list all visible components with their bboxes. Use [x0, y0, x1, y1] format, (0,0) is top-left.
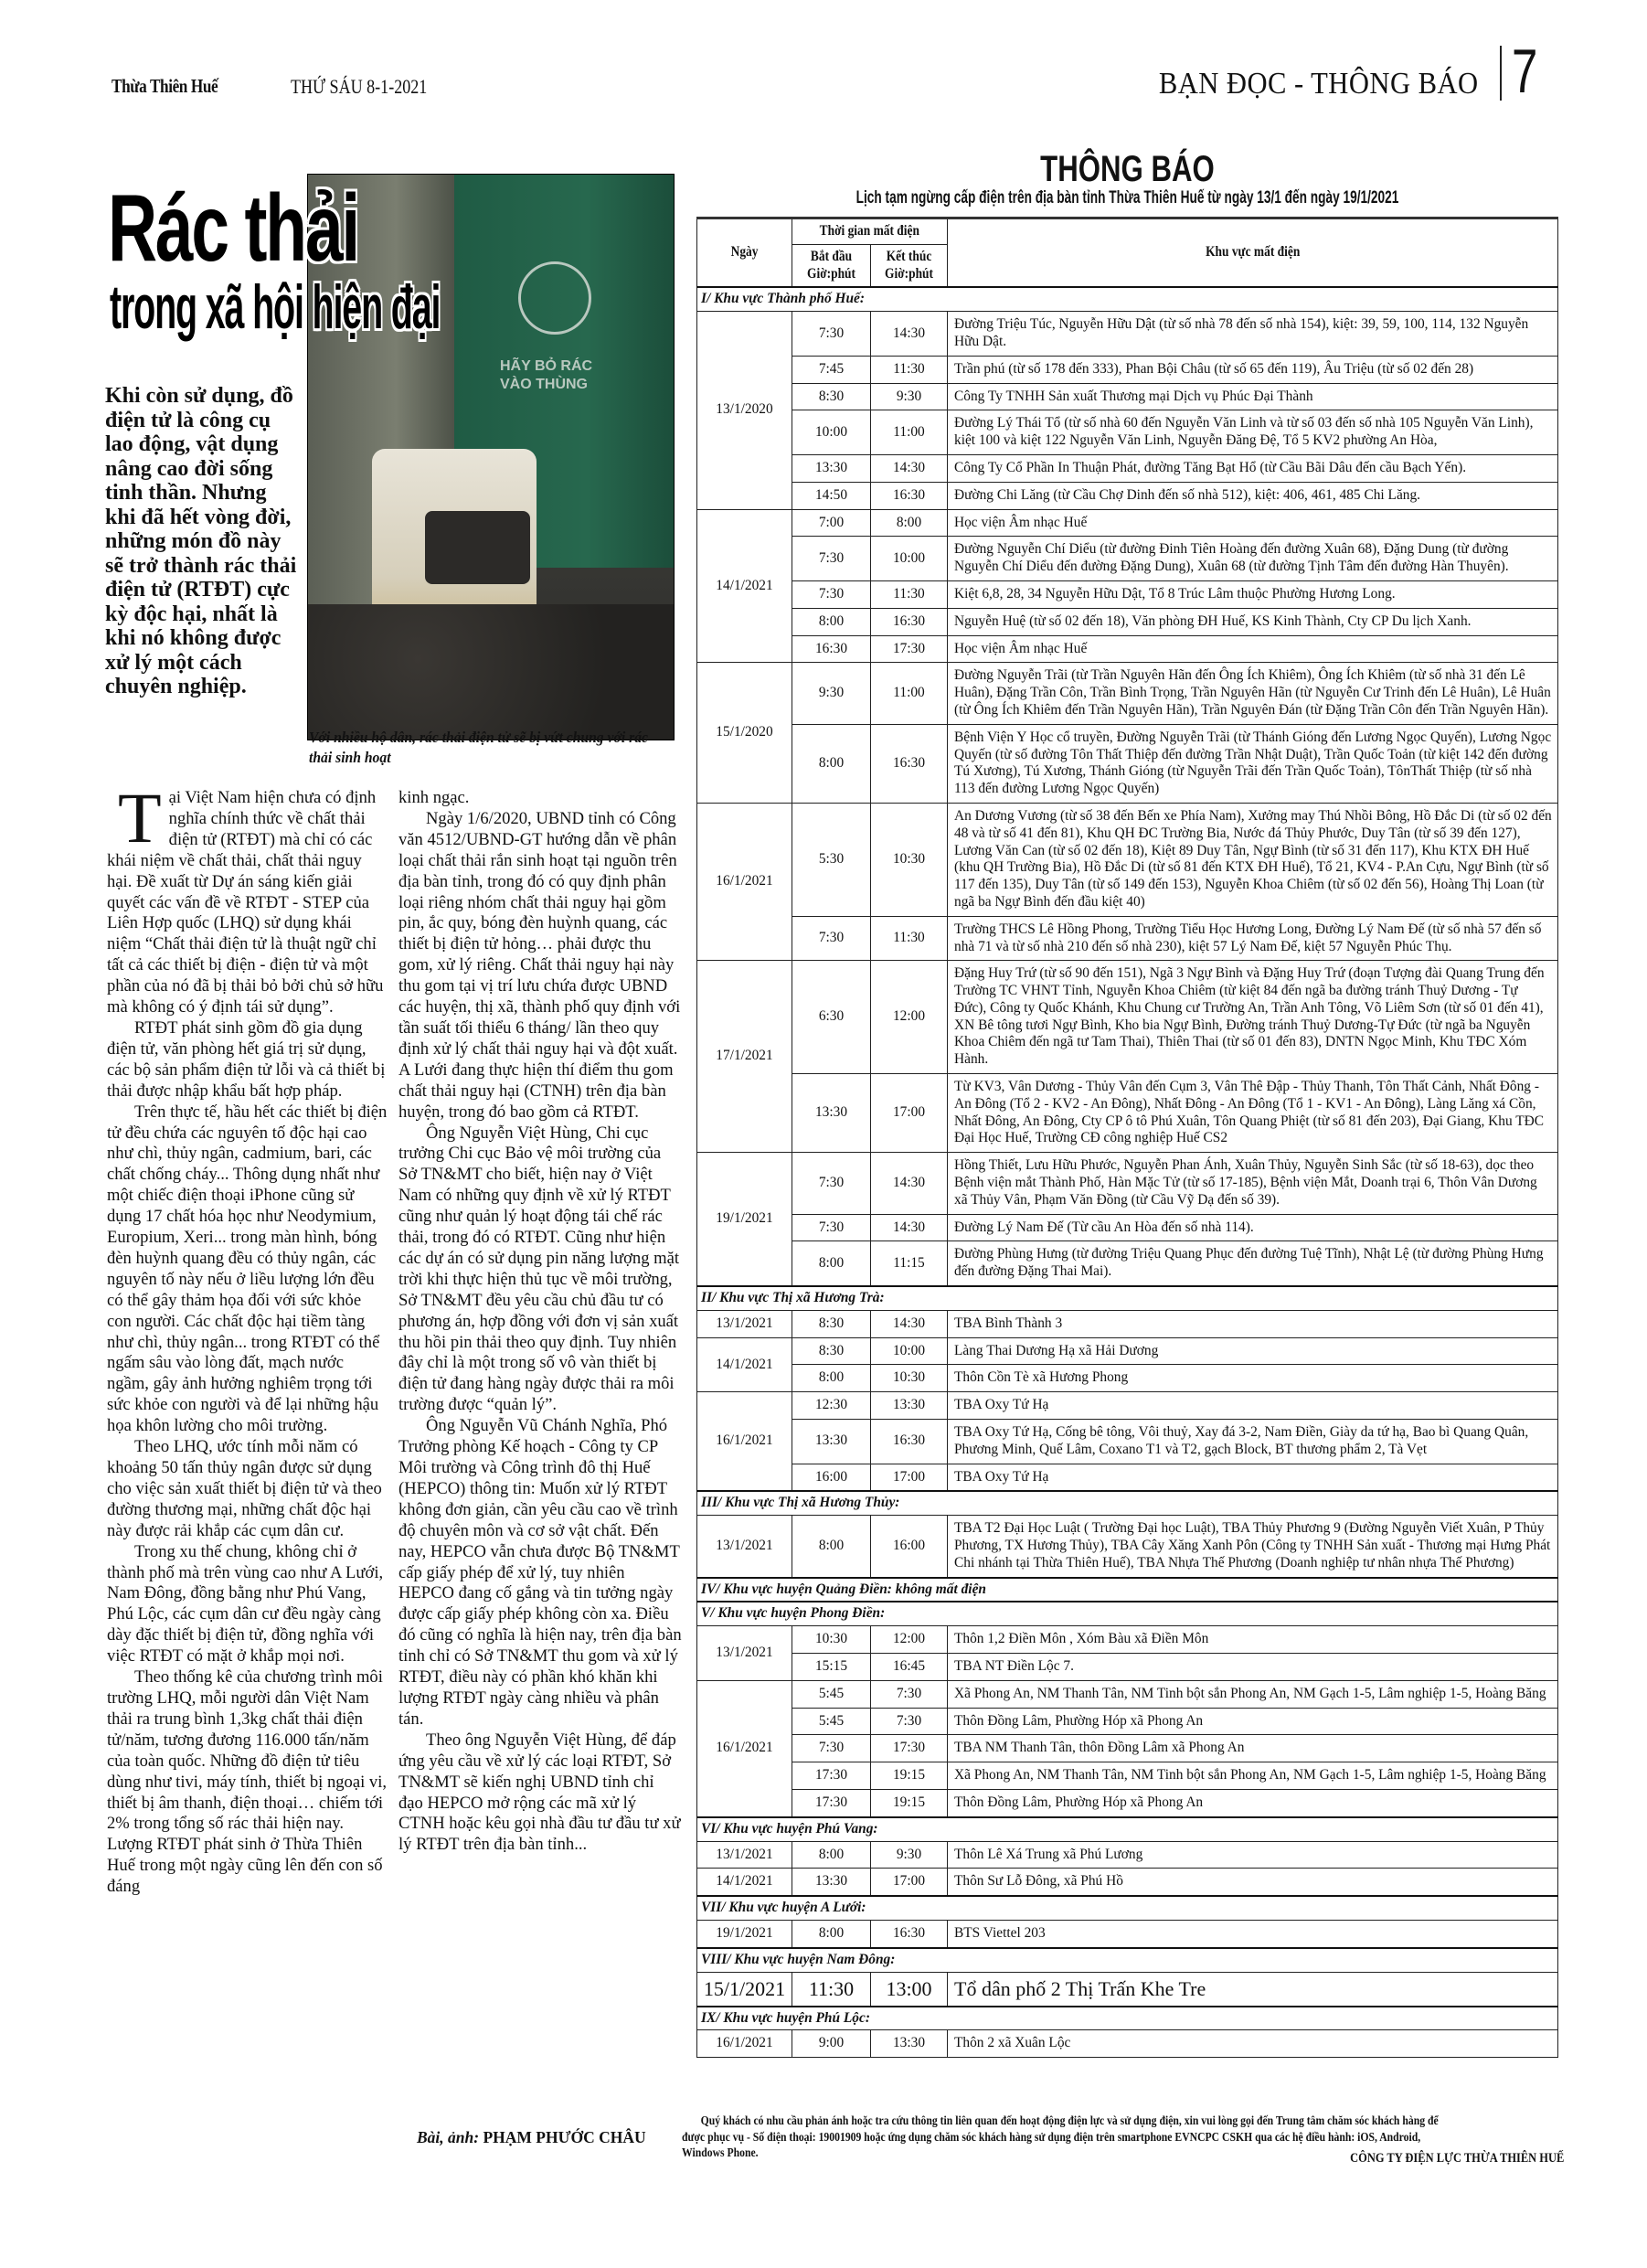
- paragraph: Theo ông Nguyễn Việt Hùng, để đáp ứng yê…: [398, 1730, 682, 1856]
- table-row: 7:3011:30Kiệt 6,8, 28, 34 Nguyễn Hữu Dật…: [697, 580, 1558, 608]
- table-row: 7:3011:30Trường THCS Lê Hồng Phong, Trườ…: [697, 916, 1558, 961]
- table-row: 7:3017:30TBA NM Thanh Tân, thôn Đồng Lâm…: [697, 1735, 1558, 1762]
- end-time-cell: 14:30: [871, 1153, 948, 1214]
- start-time-cell: 15:15: [792, 1654, 871, 1681]
- start-time-cell: 10:30: [792, 1626, 871, 1654]
- paragraph: Ông Nguyễn Việt Hùng, Chi cục trưởng Chi…: [398, 1123, 682, 1417]
- end-time-cell: 16:30: [871, 1420, 948, 1464]
- date-cell: 14/1/2021: [697, 1337, 792, 1392]
- end-time-cell: 17:00: [871, 1869, 948, 1896]
- outage-table-body: I/ Khu vực Thành phố Huế:13/1/20207:3014…: [697, 287, 1558, 2057]
- paragraph: Theo thống kê của chương trình môi trườn…: [107, 1667, 388, 1898]
- start-time-cell: 7:30: [792, 1214, 871, 1241]
- area-cell: Đường Triệu Túc, Nguyễn Hữu Dật (từ số n…: [948, 312, 1558, 357]
- end-time-cell: 10:30: [871, 1365, 948, 1392]
- start-time-cell: 8:00: [792, 1516, 871, 1578]
- table-row: 19/1/20218:0016:30BTS Viettel 203: [697, 1920, 1558, 1947]
- date-cell: 13/1/2021: [697, 1841, 792, 1869]
- paragraph: Tại Việt Nam hiện chưa có định nghĩa chí…: [107, 788, 388, 1018]
- paragraph: kinh ngạc.: [398, 788, 682, 809]
- end-time-cell: 17:30: [871, 1735, 948, 1762]
- section-title: IX/ Khu vực huyện Phú Lộc:: [697, 2007, 1558, 2030]
- subheadline: trong xã hội hiện đại: [110, 276, 440, 338]
- table-row: 13:3017:00Từ KV3, Vân Dương - Thủy Vân đ…: [697, 1074, 1558, 1153]
- area-cell: TBA T2 Đại Học Luật ( Trường Đại học Luậ…: [948, 1516, 1558, 1578]
- area-cell: Thôn Lê Xá Trung xã Phú Lương: [948, 1841, 1558, 1869]
- area-cell: Đường Nguyễn Trãi (từ Trần Nguyên Hãn đế…: [948, 663, 1558, 724]
- start-time-cell: 7:45: [792, 356, 871, 383]
- end-time-cell: 8:00: [871, 509, 948, 537]
- area-cell: Xã Phong An, NM Thanh Tân, NM Tinh bột s…: [948, 1762, 1558, 1790]
- area-cell: Thôn 1,2 Điền Môn , Xóm Bàu xã Điền Môn: [948, 1626, 1558, 1654]
- end-time-cell: 11:15: [871, 1241, 948, 1286]
- photo-ground: [308, 604, 675, 740]
- area-cell: TBA Oxy Tứ Hạ, Cống bê tông, Vôi thuỷ, X…: [948, 1420, 1558, 1464]
- area-cell: Kiệt 6,8, 28, 34 Nguyễn Hữu Dật, Tổ 8 Tr…: [948, 580, 1558, 608]
- article-column-2: kinh ngạc. Ngày 1/6/2020, UBND tỉnh có C…: [398, 788, 682, 1856]
- area-cell: Trần phú (từ số 178 đến 333), Phan Bội C…: [948, 356, 1558, 383]
- article-photo: HÃY BỎ RÁC VÀO THÙNG: [307, 174, 675, 740]
- start-time-cell: 13:30: [792, 1869, 871, 1896]
- table-row: 13:3014:30Công Ty Cổ Phần In Thuận Phát,…: [697, 454, 1558, 482]
- area-cell: Từ KV3, Vân Dương - Thủy Vân đến Cụm 3, …: [948, 1074, 1558, 1153]
- table-row: 14/1/20218:3010:00Làng Thai Dương Hạ xã …: [697, 1337, 1558, 1365]
- photo-bin-text: HÃY BỎ RÁC VÀO THÙNG: [500, 357, 600, 394]
- article-lead: Khi còn sử dụng, đồ điện tử là công cụ l…: [105, 384, 301, 699]
- start-time-cell: 8:30: [792, 383, 871, 410]
- start-time-cell: 8:00: [792, 608, 871, 635]
- date-cell: 19/1/2021: [697, 1153, 792, 1286]
- date-cell: 13/1/2021: [697, 1310, 792, 1337]
- area-cell: TBA Bình Thành 3: [948, 1310, 1558, 1337]
- date-cell: 17/1/2021: [697, 961, 792, 1153]
- table-row: 7:4511:30Trần phú (từ số 178 đến 333), P…: [697, 356, 1558, 383]
- table-row: 7:3010:00Đường Nguyễn Chí Diểu (từ đường…: [697, 537, 1558, 581]
- column-header-start: Bắt đầu Giờ:phút: [792, 244, 871, 287]
- table-row: 8:0011:15Đường Phùng Hưng (từ đường Triệ…: [697, 1241, 1558, 1286]
- end-time-cell: 9:30: [871, 383, 948, 410]
- end-time-cell: 13:30: [871, 1392, 948, 1420]
- notice-footnote: Quý khách có nhu cầu phản ánh hoặc tra c…: [682, 2113, 1444, 2161]
- start-time-cell: 7:30: [792, 916, 871, 961]
- section-title: BẠN ĐỌC - THÔNG BÁO: [1159, 67, 1479, 101]
- table-row: 17:3019:15Thôn Đồng Lâm, Phường Hóp xã P…: [697, 1789, 1558, 1816]
- section-title: V/ Khu vực huyện Phong Điền:: [697, 1602, 1558, 1625]
- start-time-cell: 7:30: [792, 1735, 871, 1762]
- start-time-cell: 8:00: [792, 1365, 871, 1392]
- table-row: 16:0017:00TBA Oxy Tứ Hạ: [697, 1464, 1558, 1491]
- end-time-cell: 16:30: [871, 608, 948, 635]
- photo-burnt-socket: [425, 511, 530, 584]
- table-row: 15/1/202111:3013:00Tổ dân phố 2 Thị Trấn…: [697, 1972, 1558, 2007]
- area-cell: An Dương Vương (từ số 38 đến Bến xe Phía…: [948, 803, 1558, 916]
- notice-company: CÔNG TY ĐIỆN LỰC THỪA THIÊN HUẾ: [1350, 2151, 1564, 2167]
- start-time-cell: 13:30: [792, 454, 871, 482]
- table-row: 15/1/20209:3011:00Đường Nguyễn Trãi (từ …: [697, 663, 1558, 724]
- area-cell: Xã Phong An, NM Thanh Tân, NM Tinh bột s…: [948, 1680, 1558, 1708]
- date-cell: 13/1/2021: [697, 1516, 792, 1578]
- end-time-cell: 16:00: [871, 1516, 948, 1578]
- end-time-cell: 11:30: [871, 916, 948, 961]
- column-header-time: Thời gian mất điện: [792, 218, 948, 245]
- end-time-cell: 14:30: [871, 454, 948, 482]
- start-time-cell: 5:45: [792, 1680, 871, 1708]
- drop-cap: T: [118, 790, 162, 847]
- end-time-cell: 11:30: [871, 580, 948, 608]
- start-time-cell: 7:30: [792, 312, 871, 357]
- section-title: VIII/ Khu vực huyện Nam Đông:: [697, 1948, 1558, 1972]
- area-cell: Thôn Sư Lỗ Đông, xã Phú Hồ: [948, 1869, 1558, 1896]
- start-time-cell: 7:00: [792, 509, 871, 537]
- end-time-cell: 16:30: [871, 1920, 948, 1947]
- table-row: 13:3016:30TBA Oxy Tứ Hạ, Cống bê tông, V…: [697, 1420, 1558, 1464]
- table-row: 7:3014:30Đường Lý Nam Đế (Từ cầu An Hòa …: [697, 1214, 1558, 1241]
- header-divider: [1500, 46, 1502, 101]
- area-cell: Bệnh Viện Y Học cổ truyền, Đường Nguyễn …: [948, 724, 1558, 803]
- byline: Bài, ảnh: PHẠM PHƯỚC CHÂU: [417, 2128, 646, 2147]
- paragraph: Ông Nguyễn Vũ Chánh Nghĩa, Phó Trưởng ph…: [398, 1416, 682, 1730]
- table-row: 8:0016:30Bệnh Viện Y Học cổ truyền, Đườn…: [697, 724, 1558, 803]
- area-cell: TBA NM Thanh Tân, thôn Đồng Lâm xã Phong…: [948, 1735, 1558, 1762]
- end-time-cell: 11:30: [871, 356, 948, 383]
- end-time-cell: 16:30: [871, 724, 948, 803]
- table-row: 16/1/20215:457:30Xã Phong An, NM Thanh T…: [697, 1680, 1558, 1708]
- paragraph: Trên thực tế, hầu hết các thiết bị điện …: [107, 1102, 388, 1438]
- date-cell: 16/1/2021: [697, 2030, 792, 2058]
- date-cell: 16/1/2021: [697, 1392, 792, 1492]
- end-time-cell: 7:30: [871, 1680, 948, 1708]
- area-cell: TBA Oxy Tứ Hạ: [948, 1464, 1558, 1491]
- table-row: 14/1/202113:3017:00Thôn Sư Lỗ Đông, xã P…: [697, 1869, 1558, 1896]
- start-time-cell: 17:30: [792, 1762, 871, 1790]
- end-time-cell: 19:15: [871, 1762, 948, 1790]
- date-cell: 14/1/2021: [697, 1869, 792, 1896]
- area-cell: Đường Chi Lăng (từ Cầu Chợ Dinh đến số n…: [948, 482, 1558, 509]
- outage-schedule-table: Ngày Thời gian mất điện Khu vực mất điện…: [696, 217, 1558, 2058]
- byline-label: Bài, ảnh:: [417, 2128, 479, 2146]
- table-row: 8:0010:30Thôn Cồn Tè xã Hương Phong: [697, 1365, 1558, 1392]
- area-cell: Thôn Cồn Tè xã Hương Phong: [948, 1365, 1558, 1392]
- table-row: 10:0011:00Đường Lý Thái Tổ (từ số nhà 60…: [697, 410, 1558, 455]
- end-time-cell: 13:00: [871, 1972, 948, 2007]
- start-time-cell: 14:50: [792, 482, 871, 509]
- end-time-cell: 14:30: [871, 1310, 948, 1337]
- end-time-cell: 14:30: [871, 312, 948, 357]
- start-time-cell: 5:45: [792, 1708, 871, 1735]
- date-cell: 16/1/2021: [697, 803, 792, 960]
- area-cell: Đường Lý Thái Tổ (từ số nhà 60 đến Nguyễ…: [948, 410, 1558, 455]
- date-cell: 15/1/2020: [697, 663, 792, 804]
- start-time-cell: 9:00: [792, 2030, 871, 2058]
- recycle-logo-icon: [518, 261, 591, 335]
- headline: Rác thải: [108, 181, 358, 276]
- end-time-cell: 11:00: [871, 663, 948, 724]
- section-title: III/ Khu vực Thị xã Hương Thủy:: [697, 1491, 1558, 1515]
- table-row: 17/1/20216:3012:00Đặng Huy Trứ (từ số 90…: [697, 961, 1558, 1074]
- area-cell: Thôn Đồng Lâm, Phường Hóp xã Phong An: [948, 1708, 1558, 1735]
- area-cell: Đường Lý Nam Đế (Từ cầu An Hòa đến số nh…: [948, 1214, 1558, 1241]
- section-header-row: V/ Khu vực huyện Phong Điền:: [697, 1602, 1558, 1625]
- start-time-cell: 13:30: [792, 1420, 871, 1464]
- start-time-cell: 7:30: [792, 580, 871, 608]
- area-cell: TBA NT Điền Lộc 7.: [948, 1654, 1558, 1681]
- end-time-cell: 11:00: [871, 410, 948, 455]
- table-row: 13/1/202110:3012:00Thôn 1,2 Điền Môn , X…: [697, 1626, 1558, 1654]
- date-cell: 19/1/2021: [697, 1920, 792, 1947]
- photo-caption: Với nhiều hộ dân, rác thải điện tử sẽ bị…: [309, 728, 653, 768]
- start-time-cell: 11:30: [792, 1972, 871, 2007]
- end-time-cell: 9:30: [871, 1841, 948, 1869]
- table-row: 14:5016:30Đường Chi Lăng (từ Cầu Chợ Din…: [697, 482, 1558, 509]
- table-row: 5:457:30Thôn Đồng Lâm, Phường Hóp xã Pho…: [697, 1708, 1558, 1735]
- paragraph: Ngày 1/6/2020, UBND tỉnh có Công văn 451…: [398, 809, 682, 1123]
- table-row: 19/1/20217:3014:30Hồng Thiết, Lưu Hữu Ph…: [697, 1153, 1558, 1214]
- section-header-row: II/ Khu vực Thị xã Hương Trà:: [697, 1286, 1558, 1310]
- date-cell: 13/1/2020: [697, 312, 792, 509]
- end-time-cell: 16:45: [871, 1654, 948, 1681]
- start-time-cell: 16:30: [792, 635, 871, 663]
- table-row: 15:1516:45TBA NT Điền Lộc 7.: [697, 1654, 1558, 1681]
- column-header-date: Ngày: [697, 218, 792, 288]
- end-time-cell: 17:30: [871, 635, 948, 663]
- start-time-cell: 17:30: [792, 1789, 871, 1816]
- area-cell: Học viện Âm nhạc Huế: [948, 509, 1558, 537]
- start-time-cell: 10:00: [792, 410, 871, 455]
- area-cell: Đường Nguyễn Chí Diểu (từ đường Đinh Tiê…: [948, 537, 1558, 581]
- start-time-cell: 8:00: [792, 1841, 871, 1869]
- area-cell: Học viện Âm nhạc Huế: [948, 635, 1558, 663]
- column-header-area: Khu vực mất điện: [948, 218, 1558, 288]
- table-row: 13/1/20218:3014:30TBA Bình Thành 3: [697, 1310, 1558, 1337]
- area-cell: TBA Oxy Tứ Hạ: [948, 1392, 1558, 1420]
- start-time-cell: 8:30: [792, 1310, 871, 1337]
- section-title: VII/ Khu vực huyện A Lưới:: [697, 1896, 1558, 1920]
- table-row: 16/1/20219:0013:30Thôn 2 xã Xuân Lộc: [697, 2030, 1558, 2058]
- area-cell: Thôn 2 xã Xuân Lộc: [948, 2030, 1558, 2058]
- date-cell: 16/1/2021: [697, 1680, 792, 1816]
- start-time-cell: 9:30: [792, 663, 871, 724]
- paragraph: RTĐT phát sinh gồm đồ gia dụng điện tử, …: [107, 1018, 388, 1102]
- table-row: 13/1/20218:009:30Thôn Lê Xá Trung xã Phú…: [697, 1841, 1558, 1869]
- table-row: 13/1/20207:3014:30Đường Triệu Túc, Nguyễ…: [697, 312, 1558, 357]
- area-cell: BTS Viettel 203: [948, 1920, 1558, 1947]
- area-cell: Đặng Huy Trứ (từ số 90 đến 151), Ngã 3 N…: [948, 961, 1558, 1074]
- end-time-cell: 17:00: [871, 1464, 948, 1491]
- start-time-cell: 8:00: [792, 1241, 871, 1286]
- area-cell: Đường Phùng Hưng (từ đường Triệu Quang P…: [948, 1241, 1558, 1286]
- start-time-cell: 8:00: [792, 1920, 871, 1947]
- start-time-cell: 7:30: [792, 537, 871, 581]
- section-title: VI/ Khu vực huyện Phú Vang:: [697, 1817, 1558, 1841]
- end-time-cell: 10:30: [871, 803, 948, 916]
- section-header-row: I/ Khu vực Thành phố Huế:: [697, 287, 1558, 311]
- end-time-cell: 10:00: [871, 537, 948, 581]
- table-row: 17:3019:15Xã Phong An, NM Thanh Tân, NM …: [697, 1762, 1558, 1790]
- end-time-cell: 12:00: [871, 1626, 948, 1654]
- area-cell: Làng Thai Dương Hạ xã Hải Dương: [948, 1337, 1558, 1365]
- notice-title: THÔNG BÁO: [792, 151, 1464, 187]
- end-time-cell: 13:30: [871, 2030, 948, 2058]
- table-row: 8:309:30Công Ty TNHH Sản xuất Thương mại…: [697, 383, 1558, 410]
- area-cell: Hồng Thiết, Lưu Hữu Phước, Nguyễn Phan Á…: [948, 1153, 1558, 1214]
- date-cell: 14/1/2021: [697, 509, 792, 663]
- area-cell: Tổ dân phố 2 Thị Trấn Khe Tre: [948, 1972, 1558, 2007]
- area-cell: Thôn Đồng Lâm, Phường Hóp xã Phong An: [948, 1789, 1558, 1816]
- publication-date: THỨ SÁU 8-1-2021: [291, 75, 427, 99]
- table-row: 16:3017:30Học viện Âm nhạc Huế: [697, 635, 1558, 663]
- area-cell: Công Ty TNHH Sản xuất Thương mại Dịch vụ…: [948, 383, 1558, 410]
- end-time-cell: 17:00: [871, 1074, 948, 1153]
- start-time-cell: 6:30: [792, 961, 871, 1074]
- end-time-cell: 12:00: [871, 961, 948, 1074]
- start-time-cell: 8:00: [792, 724, 871, 803]
- section-header-row: III/ Khu vực Thị xã Hương Thủy:: [697, 1491, 1558, 1515]
- page-number: 7: [1512, 40, 1537, 102]
- section-title: IV/ Khu vực huyện Quảng Điền: không mất …: [697, 1578, 1558, 1603]
- paragraph: Theo LHQ, ước tính mỗi năm có khoảng 50 …: [107, 1437, 388, 1542]
- section-header-row: VII/ Khu vực huyện A Lưới:: [697, 1896, 1558, 1920]
- area-cell: Trường THCS Lê Hồng Phong, Trường Tiểu H…: [948, 916, 1558, 961]
- byline-author: PHẠM PHƯỚC CHÂU: [483, 2128, 645, 2146]
- section-header-row: IX/ Khu vực huyện Phú Lộc:: [697, 2007, 1558, 2030]
- end-time-cell: 14:30: [871, 1214, 948, 1241]
- area-cell: Công Ty Cổ Phần In Thuận Phát, đường Tăn…: [948, 454, 1558, 482]
- section-title: I/ Khu vực Thành phố Huế:: [697, 287, 1558, 311]
- section-title: II/ Khu vực Thị xã Hương Trà:: [697, 1286, 1558, 1310]
- column-header-end: Kết thúc Giờ:phút: [871, 244, 948, 287]
- start-time-cell: 8:30: [792, 1337, 871, 1365]
- start-time-cell: 16:00: [792, 1464, 871, 1491]
- section-header-row: IV/ Khu vực huyện Quảng Điền: không mất …: [697, 1578, 1558, 1603]
- notice-subtitle: Lịch tạm ngừng cấp điện trên địa bàn tỉn…: [817, 188, 1438, 208]
- table-row: 14/1/20217:008:00Học viện Âm nhạc Huế: [697, 509, 1558, 537]
- table-row: 8:0016:30Nguyễn Huệ (từ số 02 đến 18), V…: [697, 608, 1558, 635]
- start-time-cell: 7:30: [792, 1153, 871, 1214]
- table-row: 13/1/20218:0016:00TBA T2 Đại Học Luật ( …: [697, 1516, 1558, 1578]
- date-cell: 15/1/2021: [697, 1972, 792, 2007]
- masthead: Thừa Thiên Huế: [112, 75, 218, 98]
- section-header-row: VI/ Khu vực huyện Phú Vang:: [697, 1817, 1558, 1841]
- section-header-row: VIII/ Khu vực huyện Nam Đông:: [697, 1948, 1558, 1972]
- start-time-cell: 5:30: [792, 803, 871, 916]
- paragraph: Trong xu thế chung, không chỉ ở thành ph…: [107, 1542, 388, 1667]
- end-time-cell: 19:15: [871, 1789, 948, 1816]
- date-cell: 13/1/2021: [697, 1626, 792, 1681]
- article-column-1: Tại Việt Nam hiện chưa có định nghĩa chí…: [107, 788, 388, 1898]
- table-row: 16/1/20215:3010:30An Dương Vương (từ số …: [697, 803, 1558, 916]
- start-time-cell: 12:30: [792, 1392, 871, 1420]
- table-row: 16/1/202112:3013:30TBA Oxy Tứ Hạ: [697, 1392, 1558, 1420]
- end-time-cell: 16:30: [871, 482, 948, 509]
- end-time-cell: 7:30: [871, 1708, 948, 1735]
- end-time-cell: 10:00: [871, 1337, 948, 1365]
- area-cell: Nguyễn Huệ (từ số 02 đến 18), Văn phòng …: [948, 608, 1558, 635]
- start-time-cell: 13:30: [792, 1074, 871, 1153]
